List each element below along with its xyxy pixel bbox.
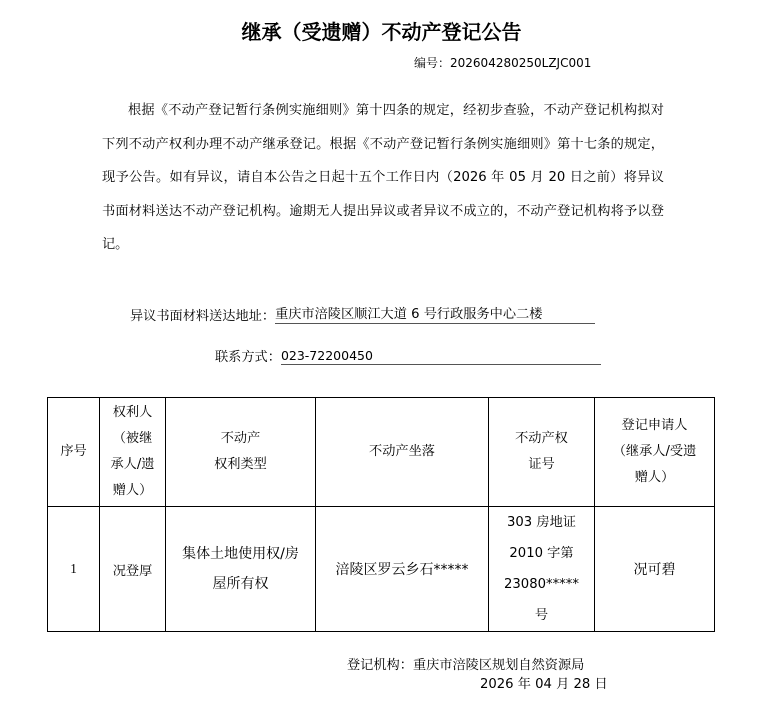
cell-rights-holder: 况登厚 xyxy=(100,507,166,632)
header-right-type: 不动产 权利类型 xyxy=(166,398,316,507)
serial-number-line: 编号：202604280250LZJC001 xyxy=(414,54,591,71)
contact-label: 联系方式： xyxy=(215,346,281,365)
serial-label: 编号： xyxy=(414,56,450,70)
header-cert-no: 不动产权 证号 xyxy=(489,398,595,507)
table-row: 1 况登厚 集体土地使用权/房 屋所有权 涪陵区罗云乡石***** 303 房地… xyxy=(48,507,715,632)
cell-applicant: 况可碧 xyxy=(595,507,715,632)
table-header-row: 序号 权利人 （被继 承人/遗 赠人） 不动产 权利类型 不动产坐落 不动产权 … xyxy=(48,398,715,507)
notice-date: 2026 年 04 月 28 日 xyxy=(480,673,608,692)
cell-right-type: 集体土地使用权/房 屋所有权 xyxy=(166,507,316,632)
header-location: 不动产坐落 xyxy=(316,398,489,507)
cell-location: 涪陵区罗云乡石***** xyxy=(316,507,489,632)
objection-address-row: 异议书面材料送达地址： 重庆市涪陵区顺江大道 6 号行政服务中心二楼 xyxy=(130,303,595,324)
serial-number: 202604280250LZJC001 xyxy=(450,56,591,70)
objection-address-value: 重庆市涪陵区顺江大道 6 号行政服务中心二楼 xyxy=(275,303,595,324)
notice-title: 继承（受遗赠）不动产登记公告 xyxy=(0,16,763,45)
header-seq: 序号 xyxy=(48,398,100,507)
objection-address-label: 异议书面材料送达地址： xyxy=(130,305,275,324)
property-table: 序号 权利人 （被继 承人/遗 赠人） 不动产 权利类型 不动产坐落 不动产权 … xyxy=(47,397,715,632)
cell-seq: 1 xyxy=(48,507,100,632)
header-rights-holder: 权利人 （被继 承人/遗 赠人） xyxy=(100,398,166,507)
authority-label: 登记机构： xyxy=(347,658,413,673)
registration-authority: 登记机构：重庆市涪陵区规划自然资源局 xyxy=(347,654,584,673)
header-applicant: 登记申请人 （继承人/受遗 赠人） xyxy=(595,398,715,507)
authority-name: 重庆市涪陵区规划自然资源局 xyxy=(413,658,584,673)
contact-value: 023-72200450 xyxy=(281,348,601,365)
notice-body-paragraph: 根据《不动产登记暂行条例实施细则》第十四条的规定，经初步查验，不动产登记机构拟对… xyxy=(102,94,664,262)
contact-row: 联系方式： 023-72200450 xyxy=(215,346,601,365)
cell-cert-no: 303 房地证 2010 字第 23080***** 号 xyxy=(489,507,595,632)
